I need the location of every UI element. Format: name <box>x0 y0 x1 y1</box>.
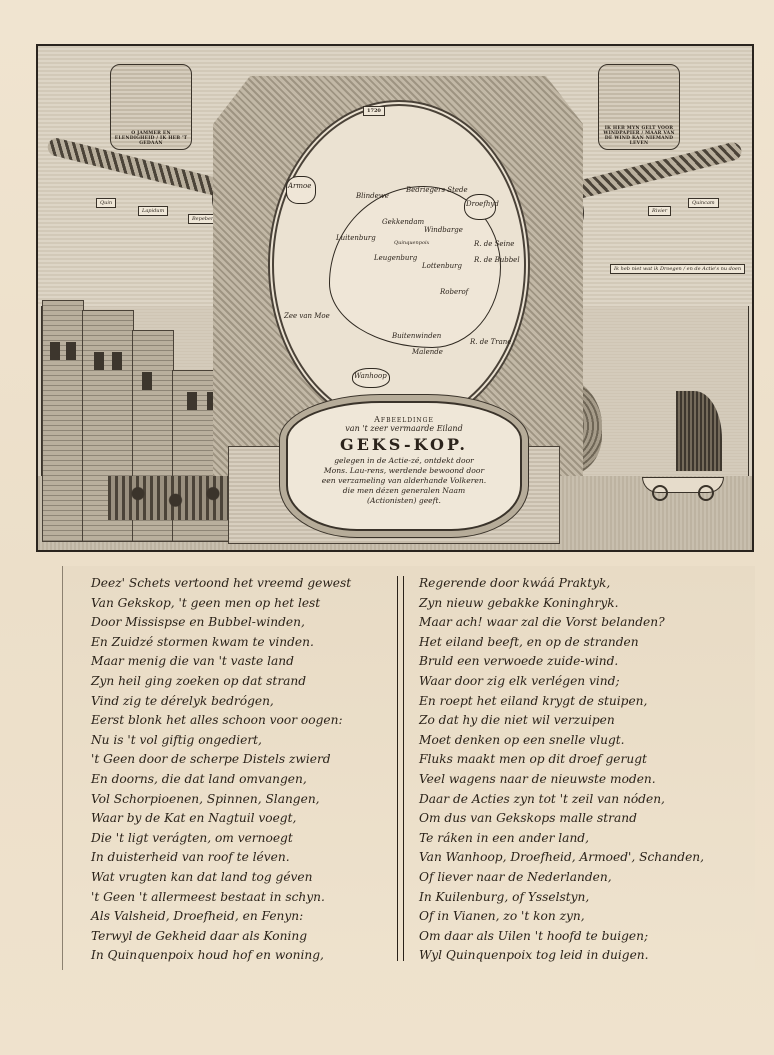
title-desc-line: een verzameling van alderhande Volkeren. <box>288 476 520 486</box>
paper-sheet: O JAMMER EN ELENDIGHEID / IK HEB 'T GEDA… <box>0 0 774 1055</box>
map-label: R. de Trane <box>470 338 511 346</box>
poem-line: 't Geen door de scherpe Distels zwierd <box>91 750 391 770</box>
map-oval: Blindewe Bedriegers Stede Droefhyd R. de… <box>268 100 530 430</box>
poem-line: 't Geen 't allermeest bestaat in schyn. <box>91 888 391 908</box>
map-label: Windbarge <box>424 226 463 234</box>
vignette-right: IK HEB MYN GELT VOOR WINDPAPIER / MAAR V… <box>598 64 680 150</box>
title-desc-line: Mons. Lau-rens, werdende bewoond door <box>288 466 520 476</box>
map-label: Lottenburg <box>422 262 462 270</box>
map-label: Bedriegers Stede <box>406 186 468 194</box>
title-cartouche: Afbeeldinge van 't zeer vermaarde Eiland… <box>286 401 522 531</box>
window <box>112 352 122 370</box>
poem-line: Veel wagens naar de nieuwste moden. <box>419 770 739 790</box>
island-armoe <box>286 176 316 204</box>
map-label: Quinquenpoix <box>394 240 429 246</box>
title-heading: Afbeeldinge <box>288 415 520 424</box>
poem-panel: Deez' Schets vertoond het vreemd gewest … <box>62 566 755 970</box>
poem-line: Eerst blonk het alles schoon voor oogen: <box>91 711 391 731</box>
date-card: 1720 <box>363 106 385 116</box>
poem-line: Nu is 't vol giftig ongediert, <box>91 731 391 751</box>
window <box>50 342 60 360</box>
poem-line: Daar de Acties zyn tot 't zeil van nóden… <box>419 790 739 810</box>
wheel <box>698 485 714 501</box>
vignette-right-caption: IK HEB MYN GELT VOOR WINDPAPIER / MAAR V… <box>601 126 677 146</box>
ribbon: Lapidum <box>138 206 168 216</box>
map-label: Droefhyd <box>466 200 499 208</box>
map-label: Buitenwinden <box>392 332 441 340</box>
poem-line: Die 't ligt verágten, om vernoegt <box>91 829 391 849</box>
poem-line: Als Valsheid, Droefheid, en Fenyn: <box>91 907 391 927</box>
title-main: GEKS-KOP. <box>288 435 520 454</box>
poem-line: Bruld een verwoede zuide-wind. <box>419 652 739 672</box>
ribbon: Quincam <box>688 198 719 208</box>
map-label: R. de Bubbel <box>474 256 520 264</box>
title-desc-line: gelegen in de Actie-zé, ontdekt door <box>288 456 520 466</box>
poem-line: Regerende door kwáá Praktyk, <box>419 574 739 594</box>
poem-line: Zo dat hy die niet wil verzuipen <box>419 711 739 731</box>
poem-line: Door Missispse en Bubbel-winden, <box>91 613 391 633</box>
poem-line: Van Wanhoop, Droefheid, Armoed', Schande… <box>419 848 739 868</box>
poem-line: Om dus van Gekskops malle strand <box>419 809 739 829</box>
title-desc-line: (Actionisten) geeft. <box>288 496 520 506</box>
map-label: Luitenburg <box>336 234 376 242</box>
poem-line: Vol Schorpioenen, Spinnen, Slangen, <box>91 790 391 810</box>
poem-line: Het eiland beeft, en op de stranden <box>419 633 739 653</box>
sail <box>676 391 722 471</box>
ribbon: Quin <box>96 198 116 208</box>
title-subheading: van 't zeer vermaarde Eiland <box>288 424 520 433</box>
poem-line: Of in Vianen, zo 't kon zyn, <box>419 907 739 927</box>
building <box>42 300 84 542</box>
map-label: Zee van Moe <box>284 312 330 320</box>
window <box>187 392 197 410</box>
poem-line: En roept het eiland krygt de stuipen, <box>419 692 739 712</box>
poem-line: In duisterheid van roof te léven. <box>91 848 391 868</box>
window <box>66 342 76 360</box>
wheel <box>652 485 668 501</box>
vignette-left-caption: O JAMMER EN ELENDIGHEID / IK HEB 'T GEDA… <box>113 131 189 146</box>
poem-line: Om daar als Uilen 't hoofd te buigen; <box>419 927 739 947</box>
poem-line: Waar by de Kat en Nagtuil voegt, <box>91 809 391 829</box>
poem-line: Deez' Schets vertoond het vreemd gewest <box>91 574 391 594</box>
poem-line: En doorns, die dat land omvangen, <box>91 770 391 790</box>
poem-left-column: Deez' Schets vertoond het vreemd gewest … <box>91 574 391 966</box>
poem-line: In Kuilenburg, of Ysselstyn, <box>419 888 739 908</box>
title-desc-line: die men dézen generalen Naam <box>288 486 520 496</box>
poem-line: Wat vrugten kan dat land tog géven <box>91 868 391 888</box>
poem-line: Zyn heil ging zoeken op dat strand <box>91 672 391 692</box>
map-label: Malende <box>412 348 443 356</box>
poem-line: Waar door zig elk verlégen vind; <box>419 672 739 692</box>
map-label: Roberof <box>440 288 468 296</box>
vignette-left: O JAMMER EN ELENDIGHEID / IK HEB 'T GEDA… <box>110 64 192 150</box>
poem-line: Terwyl de Gekheid daar als Koning <box>91 927 391 947</box>
ribbon: Rivier <box>648 206 671 216</box>
window <box>142 372 152 390</box>
poem-line: In Quinquenpoix houd hof en woning, <box>91 946 391 966</box>
poem-line: Wyl Quinquenpoix tog leid in duigen. <box>419 946 739 966</box>
poem-line: Vind zig te dérelyk bedrógen, <box>91 692 391 712</box>
poem-line: Te ráken in een ander land, <box>419 829 739 849</box>
column-divider <box>397 576 404 961</box>
poem-line: Van Gekskop, 't geen men op het lest <box>91 594 391 614</box>
ribbon-scroll: Ik heb niet wat ik Droegen / en de Actie… <box>610 264 745 274</box>
engraving-plate: O JAMMER EN ELENDIGHEID / IK HEB 'T GEDA… <box>36 44 754 552</box>
poem-line: Moet denken op een snelle vlugt. <box>419 731 739 751</box>
map-label: R. de Seine <box>474 240 514 248</box>
poem-line: Maar menig die van 't vaste land <box>91 652 391 672</box>
map-label: Armoe <box>288 182 311 190</box>
title-description: gelegen in de Actie-zé, ontdekt door Mon… <box>288 456 520 506</box>
poem-line: Maar ach! waar zal die Vorst belanden? <box>419 613 739 633</box>
map-label: Gekkendam <box>382 218 424 226</box>
poem-line: Of liever naar de Nederlanden, <box>419 868 739 888</box>
sail-wagon <box>642 391 722 501</box>
window <box>94 352 104 370</box>
poem-right-column: Regerende door kwáá Praktyk, Zyn nieuw g… <box>419 574 739 966</box>
map-label: Wanhoop <box>354 372 387 380</box>
poem-line: Zyn nieuw gebakke Koninghryk. <box>419 594 739 614</box>
map-label: Blindewe <box>356 192 389 200</box>
poem-line: Fluks maakt men op dit droef gerugt <box>419 750 739 770</box>
poem-line: En Zuidzé stormen kwam te vinden. <box>91 633 391 653</box>
map-label: Leugenburg <box>374 254 417 262</box>
